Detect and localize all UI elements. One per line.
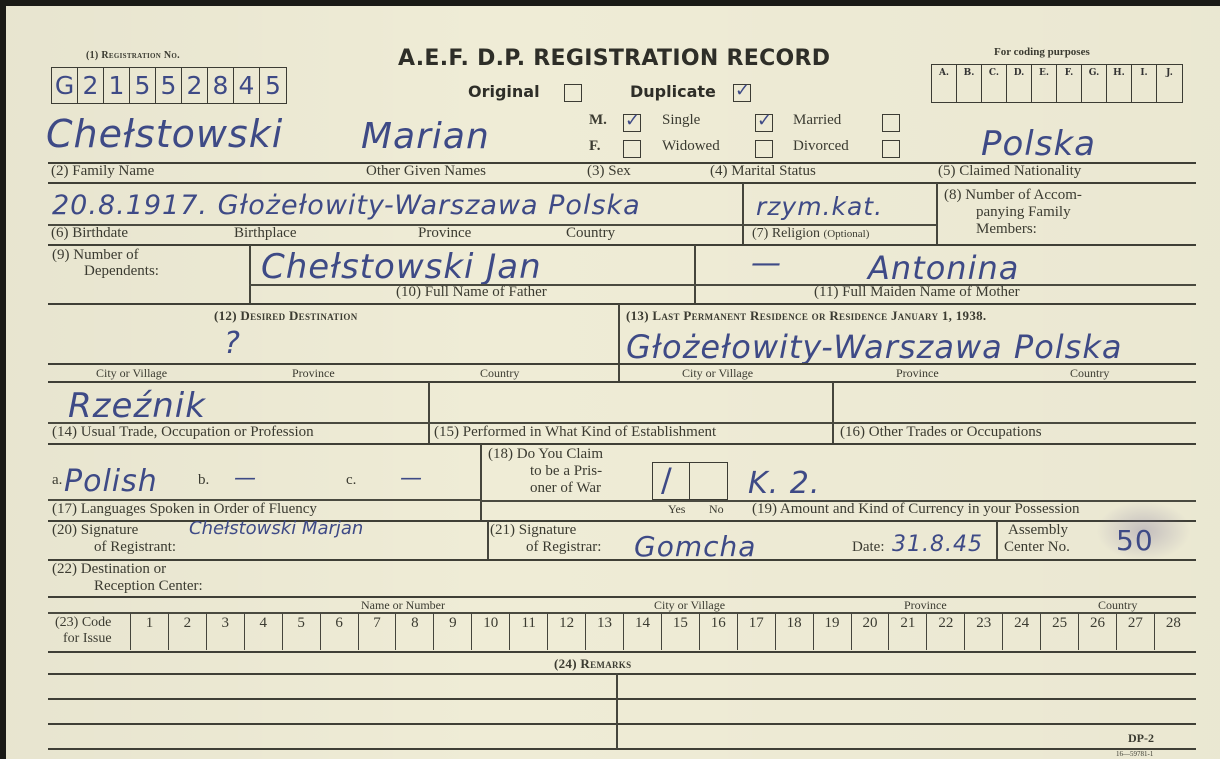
coding-box[interactable]: G. bbox=[1082, 65, 1107, 102]
sex-f-label: F. bbox=[589, 138, 601, 155]
code-cell[interactable]: 11 bbox=[510, 613, 548, 650]
last-residence-text: (13) Last Permanent Residence or Residen… bbox=[626, 308, 986, 323]
code-cell[interactable]: 1 bbox=[131, 613, 169, 650]
registration-digit[interactable]: 5 bbox=[156, 68, 182, 103]
code-cell[interactable]: 19 bbox=[814, 613, 852, 650]
divider bbox=[832, 382, 834, 443]
pow-no-box[interactable] bbox=[690, 462, 728, 500]
code-for-issue-label: (23) Code for Issue bbox=[51, 613, 131, 650]
coding-box[interactable]: D. bbox=[1007, 65, 1032, 102]
code-cell[interactable]: 24 bbox=[1003, 613, 1041, 650]
divorced-label: Divorced bbox=[793, 138, 849, 155]
coding-box[interactable]: I. bbox=[1132, 65, 1157, 102]
language-b-value[interactable]: — bbox=[234, 466, 257, 491]
code-cell[interactable]: 16 bbox=[700, 613, 738, 650]
remarks-line-1 bbox=[48, 673, 1196, 675]
residence-province-label: Province bbox=[896, 366, 939, 381]
original-label: Original bbox=[468, 82, 540, 101]
pow-no-label: No bbox=[709, 502, 724, 517]
duplicate-label: Duplicate bbox=[630, 82, 716, 101]
registrant-signature-label: (20) Signature of Registrant: bbox=[52, 522, 176, 556]
usual-trade-value[interactable]: Rzeźnik bbox=[68, 386, 206, 426]
registrant-signature-value[interactable]: Chełstowski Marjan bbox=[189, 518, 363, 539]
registration-card: (1) Registration No. G21552845 A.E.F. D.… bbox=[6, 6, 1220, 759]
divider bbox=[48, 244, 1196, 246]
pow-label-line2: to be a Pris- bbox=[488, 463, 603, 480]
code-cell[interactable]: 13 bbox=[586, 613, 624, 650]
divider bbox=[48, 559, 1196, 561]
family-name-value[interactable]: Chełstowski bbox=[46, 112, 283, 156]
assembly-center-label: Assembly Center No. bbox=[1004, 522, 1070, 556]
code-cell[interactable]: 23 bbox=[965, 613, 1003, 650]
lang-c-prefix: c. bbox=[346, 472, 356, 489]
single-checkbox[interactable] bbox=[755, 114, 773, 132]
divider bbox=[742, 183, 744, 245]
code-label-line1: (23) Code bbox=[55, 615, 126, 631]
mother-name-value[interactable]: Antonina bbox=[868, 249, 1019, 287]
family-name-label: (2) Family Name bbox=[51, 163, 154, 180]
divider bbox=[487, 521, 489, 559]
code-cell[interactable]: 22 bbox=[927, 613, 965, 650]
assembly-label-line1: Assembly bbox=[1004, 522, 1070, 539]
usual-trade-label: (14) Usual Trade, Occupation or Professi… bbox=[52, 424, 314, 441]
religion-label: (7) Religion (Optional) bbox=[752, 226, 869, 242]
divider bbox=[694, 245, 696, 303]
code-cell[interactable]: 2 bbox=[169, 613, 207, 650]
divider bbox=[618, 304, 620, 382]
registration-digit[interactable]: 2 bbox=[182, 68, 208, 103]
religion-value[interactable]: rzym.kat. bbox=[756, 192, 883, 221]
mother-name-label: (11) Full Maiden Name of Mother bbox=[814, 284, 1020, 301]
coding-box[interactable]: E. bbox=[1032, 65, 1057, 102]
code-cell[interactable]: 3 bbox=[207, 613, 245, 650]
registrar-label-line2: of Registrar: bbox=[490, 539, 601, 556]
country-label: Country bbox=[566, 225, 615, 242]
code-cell[interactable]: 7 bbox=[359, 613, 397, 650]
coding-box[interactable]: B. bbox=[957, 65, 982, 102]
father-name-label: (10) Full Name of Father bbox=[396, 284, 547, 301]
coding-box[interactable]: F. bbox=[1057, 65, 1082, 102]
divider bbox=[996, 521, 998, 559]
code-cell[interactable]: 21 bbox=[889, 613, 927, 650]
widowed-checkbox[interactable] bbox=[755, 140, 773, 158]
remarks-line-3 bbox=[48, 723, 1196, 725]
lang-a-prefix: a. bbox=[52, 472, 62, 489]
religion-label-text: (7) Religion bbox=[752, 226, 820, 241]
language-a-value[interactable]: Polish bbox=[64, 464, 158, 499]
code-cell[interactable]: 14 bbox=[624, 613, 662, 650]
desired-province-label: Province bbox=[292, 366, 335, 381]
single-label: Single bbox=[662, 112, 700, 129]
print-code: 16—59781-1 bbox=[1116, 750, 1153, 758]
remarks-divider bbox=[616, 673, 618, 749]
code-cell[interactable]: 28 bbox=[1155, 613, 1192, 650]
mother-dash: — bbox=[751, 246, 782, 281]
registrant-label-line1: (20) Signature bbox=[52, 522, 176, 539]
divider bbox=[428, 382, 430, 443]
divider bbox=[48, 381, 1196, 383]
prisoner-of-war-label: (18) Do You Claim to be a Pris- oner of … bbox=[488, 446, 603, 497]
form-id: DP-2 bbox=[1128, 731, 1154, 746]
last-residence-value[interactable]: Głożełowity-Warszawa Polska bbox=[626, 328, 1122, 366]
desired-destination-text: (12) Desired Destination bbox=[214, 308, 358, 323]
registrar-signature-label: (21) Signature of Registrar: bbox=[490, 522, 601, 556]
divider bbox=[936, 183, 938, 245]
birth-info-value[interactable]: 20.8.1917. Głożełowity-Warszawa Polska bbox=[52, 190, 641, 221]
remarks-line-2 bbox=[48, 698, 1196, 700]
divider bbox=[48, 596, 1196, 598]
registration-number-boxes: G21552845 bbox=[51, 67, 287, 104]
code-section-province: Province bbox=[904, 598, 947, 613]
code-cell[interactable]: 6 bbox=[321, 613, 359, 650]
sex-f-checkbox[interactable] bbox=[623, 140, 641, 158]
divorced-checkbox[interactable] bbox=[882, 140, 900, 158]
pow-yes-mark: / bbox=[661, 461, 673, 499]
province-label: Province bbox=[418, 225, 471, 242]
languages-label: (17) Languages Spoken in Order of Fluenc… bbox=[52, 501, 317, 518]
reception-label-line2: Reception Center: bbox=[52, 578, 203, 595]
code-section-name: Name or Number bbox=[361, 598, 445, 613]
registrar-label-line1: (21) Signature bbox=[490, 522, 601, 539]
remarks-label-text: (24) Remarks bbox=[554, 656, 631, 671]
pow-label-line1: (18) Do You Claim bbox=[488, 446, 603, 463]
establishment-label: (15) Performed in What Kind of Establish… bbox=[434, 424, 716, 441]
code-cell[interactable]: 27 bbox=[1117, 613, 1155, 650]
registration-digit[interactable]: 8 bbox=[208, 68, 234, 103]
code-cell[interactable]: 15 bbox=[662, 613, 700, 650]
currency-value[interactable]: K. 2. bbox=[748, 466, 820, 501]
given-names-value[interactable]: Marian bbox=[361, 116, 490, 157]
remarks-line-4 bbox=[48, 748, 1196, 750]
code-cell[interactable]: 18 bbox=[776, 613, 814, 650]
birthplace-label: Birthplace bbox=[234, 225, 296, 242]
registration-digit[interactable]: 5 bbox=[130, 68, 156, 103]
accompanying-family-label: (8) Number of Accom- panying Family Memb… bbox=[944, 187, 1082, 238]
accompanying-label-line1: (8) Number of Accom- bbox=[944, 187, 1082, 204]
date-value[interactable]: 31.8.45 bbox=[892, 532, 983, 557]
dependents-label: (9) Number of Dependents: bbox=[52, 247, 159, 279]
code-cell[interactable]: 9 bbox=[434, 613, 472, 650]
lang-b-prefix: b. bbox=[198, 472, 209, 489]
reception-center-label: (22) Destination or Reception Center: bbox=[52, 561, 203, 595]
given-names-label: Other Given Names bbox=[366, 163, 486, 180]
divider bbox=[48, 363, 1196, 365]
coding-box[interactable]: C. bbox=[982, 65, 1007, 102]
registration-label: (1) Registration No. bbox=[86, 50, 180, 61]
currency-label: (19) Amount and Kind of Currency in your… bbox=[752, 501, 1079, 518]
coding-purposes-label: For coding purposes bbox=[994, 46, 1090, 58]
date-label: Date: bbox=[852, 539, 884, 556]
language-c-value[interactable]: — bbox=[400, 466, 423, 491]
code-cell[interactable]: 20 bbox=[852, 613, 890, 650]
last-residence-label: (13) Last Permanent Residence or Residen… bbox=[626, 308, 986, 325]
residence-city-label: City or Village bbox=[682, 366, 753, 381]
code-cell[interactable]: 8 bbox=[396, 613, 434, 650]
code-cell[interactable]: 17 bbox=[738, 613, 776, 650]
desired-city-label: City or Village bbox=[96, 366, 167, 381]
sex-m-checkbox[interactable] bbox=[623, 114, 641, 132]
divider bbox=[480, 444, 482, 520]
nationality-label: (5) Claimed Nationality bbox=[938, 163, 1081, 180]
divider bbox=[48, 182, 1196, 184]
code-cell[interactable]: 10 bbox=[472, 613, 510, 650]
code-section-city: City or Village bbox=[654, 598, 725, 613]
assembly-label-line2: Center No. bbox=[1004, 539, 1070, 556]
assembly-center-value[interactable]: 50 bbox=[1116, 524, 1154, 557]
desired-destination-label: (12) Desired Destination bbox=[214, 308, 358, 325]
religion-optional: (Optional) bbox=[824, 228, 870, 240]
coding-box[interactable]: A. bbox=[932, 65, 957, 102]
code-cell[interactable]: 26 bbox=[1079, 613, 1117, 650]
registration-digit[interactable]: 5 bbox=[260, 68, 286, 103]
pow-yes-box[interactable]: / bbox=[652, 462, 690, 500]
remarks-label: (24) Remarks bbox=[554, 656, 631, 673]
registration-digit[interactable]: 1 bbox=[104, 68, 130, 103]
dependents-label-line1: (9) Number of bbox=[52, 247, 159, 263]
coding-box[interactable]: H. bbox=[1107, 65, 1132, 102]
registration-digit[interactable]: G bbox=[52, 68, 78, 103]
code-section-country: Country bbox=[1098, 598, 1137, 613]
original-checkbox[interactable] bbox=[564, 84, 582, 102]
divider bbox=[48, 651, 1196, 653]
married-checkbox[interactable] bbox=[882, 114, 900, 132]
coding-box[interactable]: J. bbox=[1157, 65, 1182, 102]
code-cell[interactable]: 4 bbox=[245, 613, 283, 650]
duplicate-checkbox[interactable] bbox=[733, 84, 751, 102]
pow-yes-label: Yes bbox=[668, 502, 685, 517]
father-name-value[interactable]: Chełstowski Jan bbox=[261, 247, 542, 287]
divider bbox=[249, 284, 1196, 286]
sex-label: (3) Sex bbox=[587, 163, 631, 180]
other-trades-label: (16) Other Trades or Occupations bbox=[840, 424, 1042, 441]
code-cell[interactable]: 25 bbox=[1041, 613, 1079, 650]
pow-label-line3: oner of War bbox=[488, 480, 603, 497]
marital-status-label: (4) Marital Status bbox=[710, 163, 816, 180]
registration-digit[interactable]: 2 bbox=[78, 68, 104, 103]
residence-country-label: Country bbox=[1070, 366, 1109, 381]
code-for-issue-grid: (23) Code for Issue 12345678910111213141… bbox=[51, 613, 1192, 650]
form-title: A.E.F. D.P. REGISTRATION RECORD bbox=[398, 46, 830, 71]
accompanying-label-line3: Members: bbox=[944, 221, 1082, 238]
married-label: Married bbox=[793, 112, 841, 129]
code-cell[interactable]: 12 bbox=[548, 613, 586, 650]
sex-m-label: M. bbox=[589, 112, 607, 129]
widowed-label: Widowed bbox=[662, 138, 720, 155]
birthdate-label: (6) Birthdate bbox=[51, 225, 128, 242]
registration-digit[interactable]: 4 bbox=[234, 68, 260, 103]
nationality-value[interactable]: Polska bbox=[981, 124, 1096, 164]
divider bbox=[48, 443, 1196, 445]
reception-label-line1: (22) Destination or bbox=[52, 561, 203, 578]
divider bbox=[249, 245, 251, 303]
coding-boxes: A.B.C.D.E.F.G.H.I.J. bbox=[931, 64, 1183, 103]
desired-destination-value[interactable]: ? bbox=[224, 326, 241, 361]
divider bbox=[48, 303, 1196, 305]
code-label-line2: for Issue bbox=[55, 631, 126, 647]
accompanying-label-line2: panying Family bbox=[944, 204, 1082, 221]
registrant-label-line2: of Registrant: bbox=[52, 539, 176, 556]
desired-country-label: Country bbox=[480, 366, 519, 381]
dependents-label-line2: Dependents: bbox=[52, 263, 159, 279]
code-cell[interactable]: 5 bbox=[283, 613, 321, 650]
